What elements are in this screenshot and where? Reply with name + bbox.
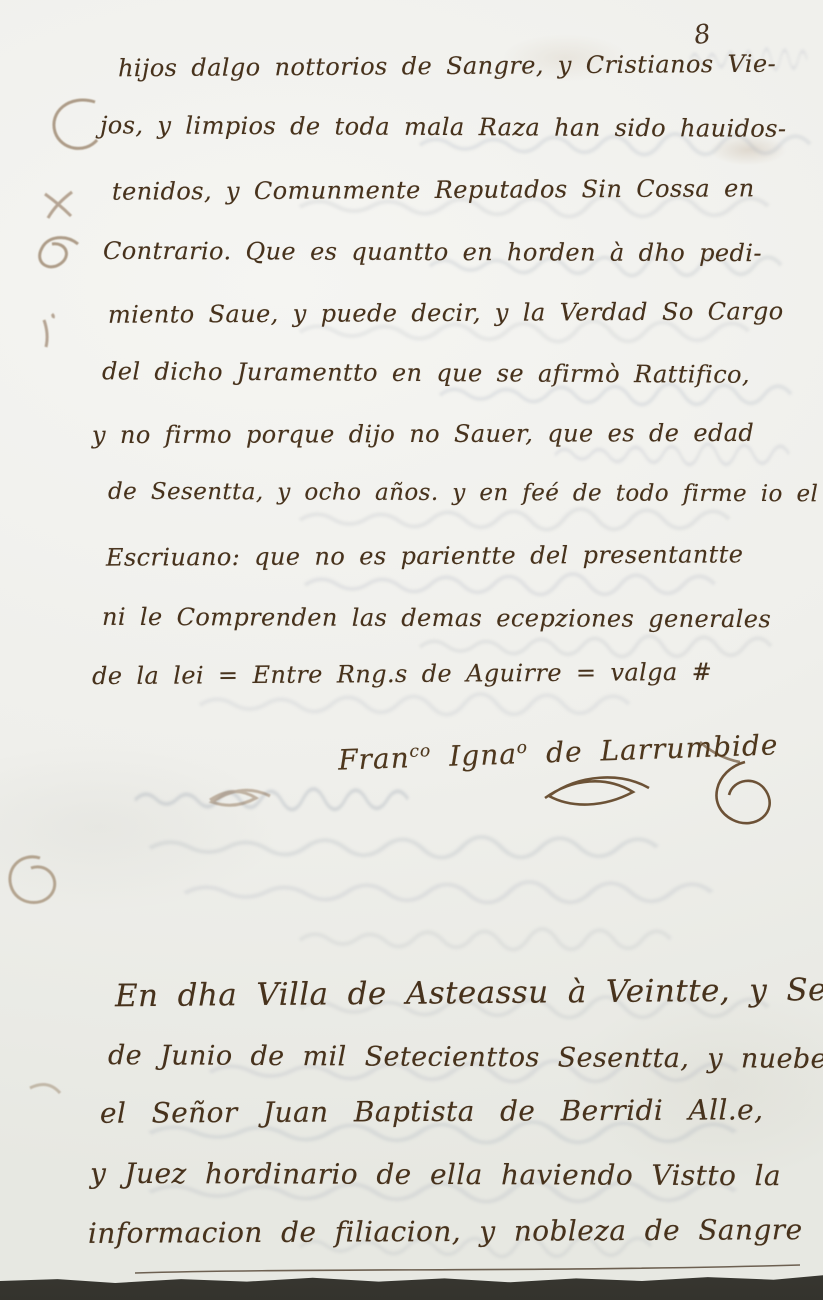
signature-superscript: co <box>409 741 431 762</box>
manuscript-line: y no firmo porque dijo no Sauer, que es … <box>92 419 754 449</box>
manuscript-line: informacion de filiacion, y nobleza de S… <box>88 1213 803 1250</box>
manuscript-line: de Junio de mil Setecienttos Sesentta, y… <box>108 1040 823 1075</box>
manuscript-scan: 8 hijos dalgo nottorios de Sangre, y Cri… <box>0 0 823 1300</box>
manuscript-line: de Sesentta, y ocho años. y en feé de to… <box>108 479 818 507</box>
manuscript-line: y Juez hordinario de ella haviendo Vistt… <box>90 1157 781 1192</box>
manuscript-line: el Señor Juan Baptista de Berridi All.e, <box>100 1093 764 1129</box>
manuscript-line: hijos dalgo nottorios de Sangre, y Crist… <box>118 50 776 83</box>
signature-part: Fran <box>338 741 411 776</box>
manuscript-line: tenidos, y Comunmente Reputados Sin Coss… <box>112 174 755 205</box>
manuscript-line: de la lei = Entre Rng.s de Aguirre = val… <box>92 658 712 690</box>
manuscript-line: ni le Comprenden las demas ecepziones ge… <box>102 603 771 633</box>
manuscript-line: del dicho Juramentto en que se afirmò Ra… <box>102 357 750 388</box>
manuscript-line: jos, y limpios de toda mala Raza han sid… <box>100 111 787 143</box>
signature-superscript: o <box>516 738 528 758</box>
manuscript-line: Escriuano: que no es parientte del prese… <box>106 540 743 571</box>
manuscript-line: miento Saue, y puede decir, y la Verdad … <box>108 297 784 329</box>
signature-part: Igna <box>431 737 518 773</box>
manuscript-line: Contrario. Que es quantto en horden à dh… <box>103 237 762 267</box>
manuscript-line: En dha Villa de Asteassu à Veintte, y Se… <box>115 972 823 1015</box>
